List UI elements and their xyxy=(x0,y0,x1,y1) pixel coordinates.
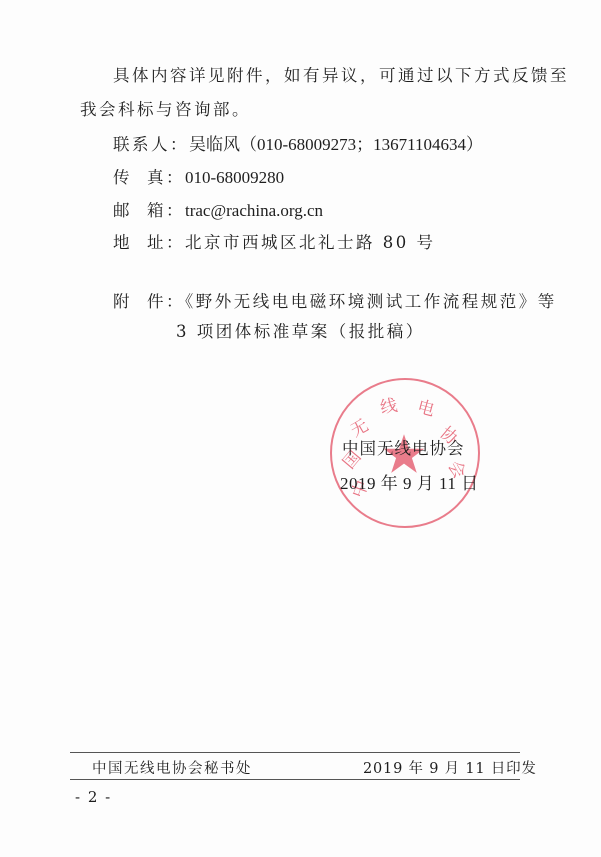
fax-label-2: 真： xyxy=(147,168,185,187)
stamp-char-3: 无 xyxy=(345,411,372,441)
attachment-line2: 3 项团体标准草案（报批稿） xyxy=(176,322,425,342)
page-number: - 2 - xyxy=(75,788,112,806)
contact-label: 联系人： xyxy=(113,135,189,154)
contact-value: 吴临风（010-68009273；13671104634） xyxy=(189,135,483,154)
email-row: 邮箱：trac@rachina.org.cn xyxy=(113,201,323,221)
fax-label-1: 传 xyxy=(113,168,147,188)
document-page: 具体内容详见附件，如有异议，可通过以下方式反馈至 我会科标与咨询部。 联系人：吴… xyxy=(0,0,601,857)
email-label-1: 邮 xyxy=(113,201,147,221)
footer-issuer: 中国无线电协会秘书处 xyxy=(92,757,252,778)
attachment-row: 附件：《野外无线电电磁环境测试工作流程规范》等 xyxy=(113,292,557,312)
footer-issue-date: 2019 年 9 月 11 日印发 xyxy=(363,757,537,778)
email-value: trac@rachina.org.cn xyxy=(185,201,323,220)
fax-row: 传真：010-68009280 xyxy=(113,168,284,188)
email-label-2: 箱： xyxy=(147,201,185,220)
footer-top-rule xyxy=(70,752,520,753)
attachment-line1: 《野外无线电电磁环境测试工作流程规范》等 xyxy=(185,292,557,311)
address-label-1: 地 xyxy=(113,233,147,253)
signature-organization: 中国无线电协会 xyxy=(342,439,465,459)
stamp-char-5: 电 xyxy=(415,392,438,421)
attachment-label-1: 附 xyxy=(113,292,147,312)
body-paragraph-line1: 具体内容详见附件，如有异议，可通过以下方式反馈至 xyxy=(113,66,569,86)
address-label-2: 址： xyxy=(147,233,185,252)
body-paragraph-line2: 我会科标与咨询部。 xyxy=(80,100,251,120)
contact-row: 联系人：吴临风（010-68009273；13671104634） xyxy=(113,135,483,155)
stamp-char-4: 线 xyxy=(378,391,399,419)
address-row: 地址：北京市西城区北礼士路 80 号 xyxy=(113,233,436,253)
attachment-label-2: 件： xyxy=(147,292,185,311)
address-value: 北京市西城区北礼士路 80 号 xyxy=(185,233,436,252)
signature-date: 2019 年 9 月 11 日 xyxy=(340,474,479,494)
footer-bottom-rule xyxy=(70,779,520,780)
fax-value: 010-68009280 xyxy=(185,168,284,187)
